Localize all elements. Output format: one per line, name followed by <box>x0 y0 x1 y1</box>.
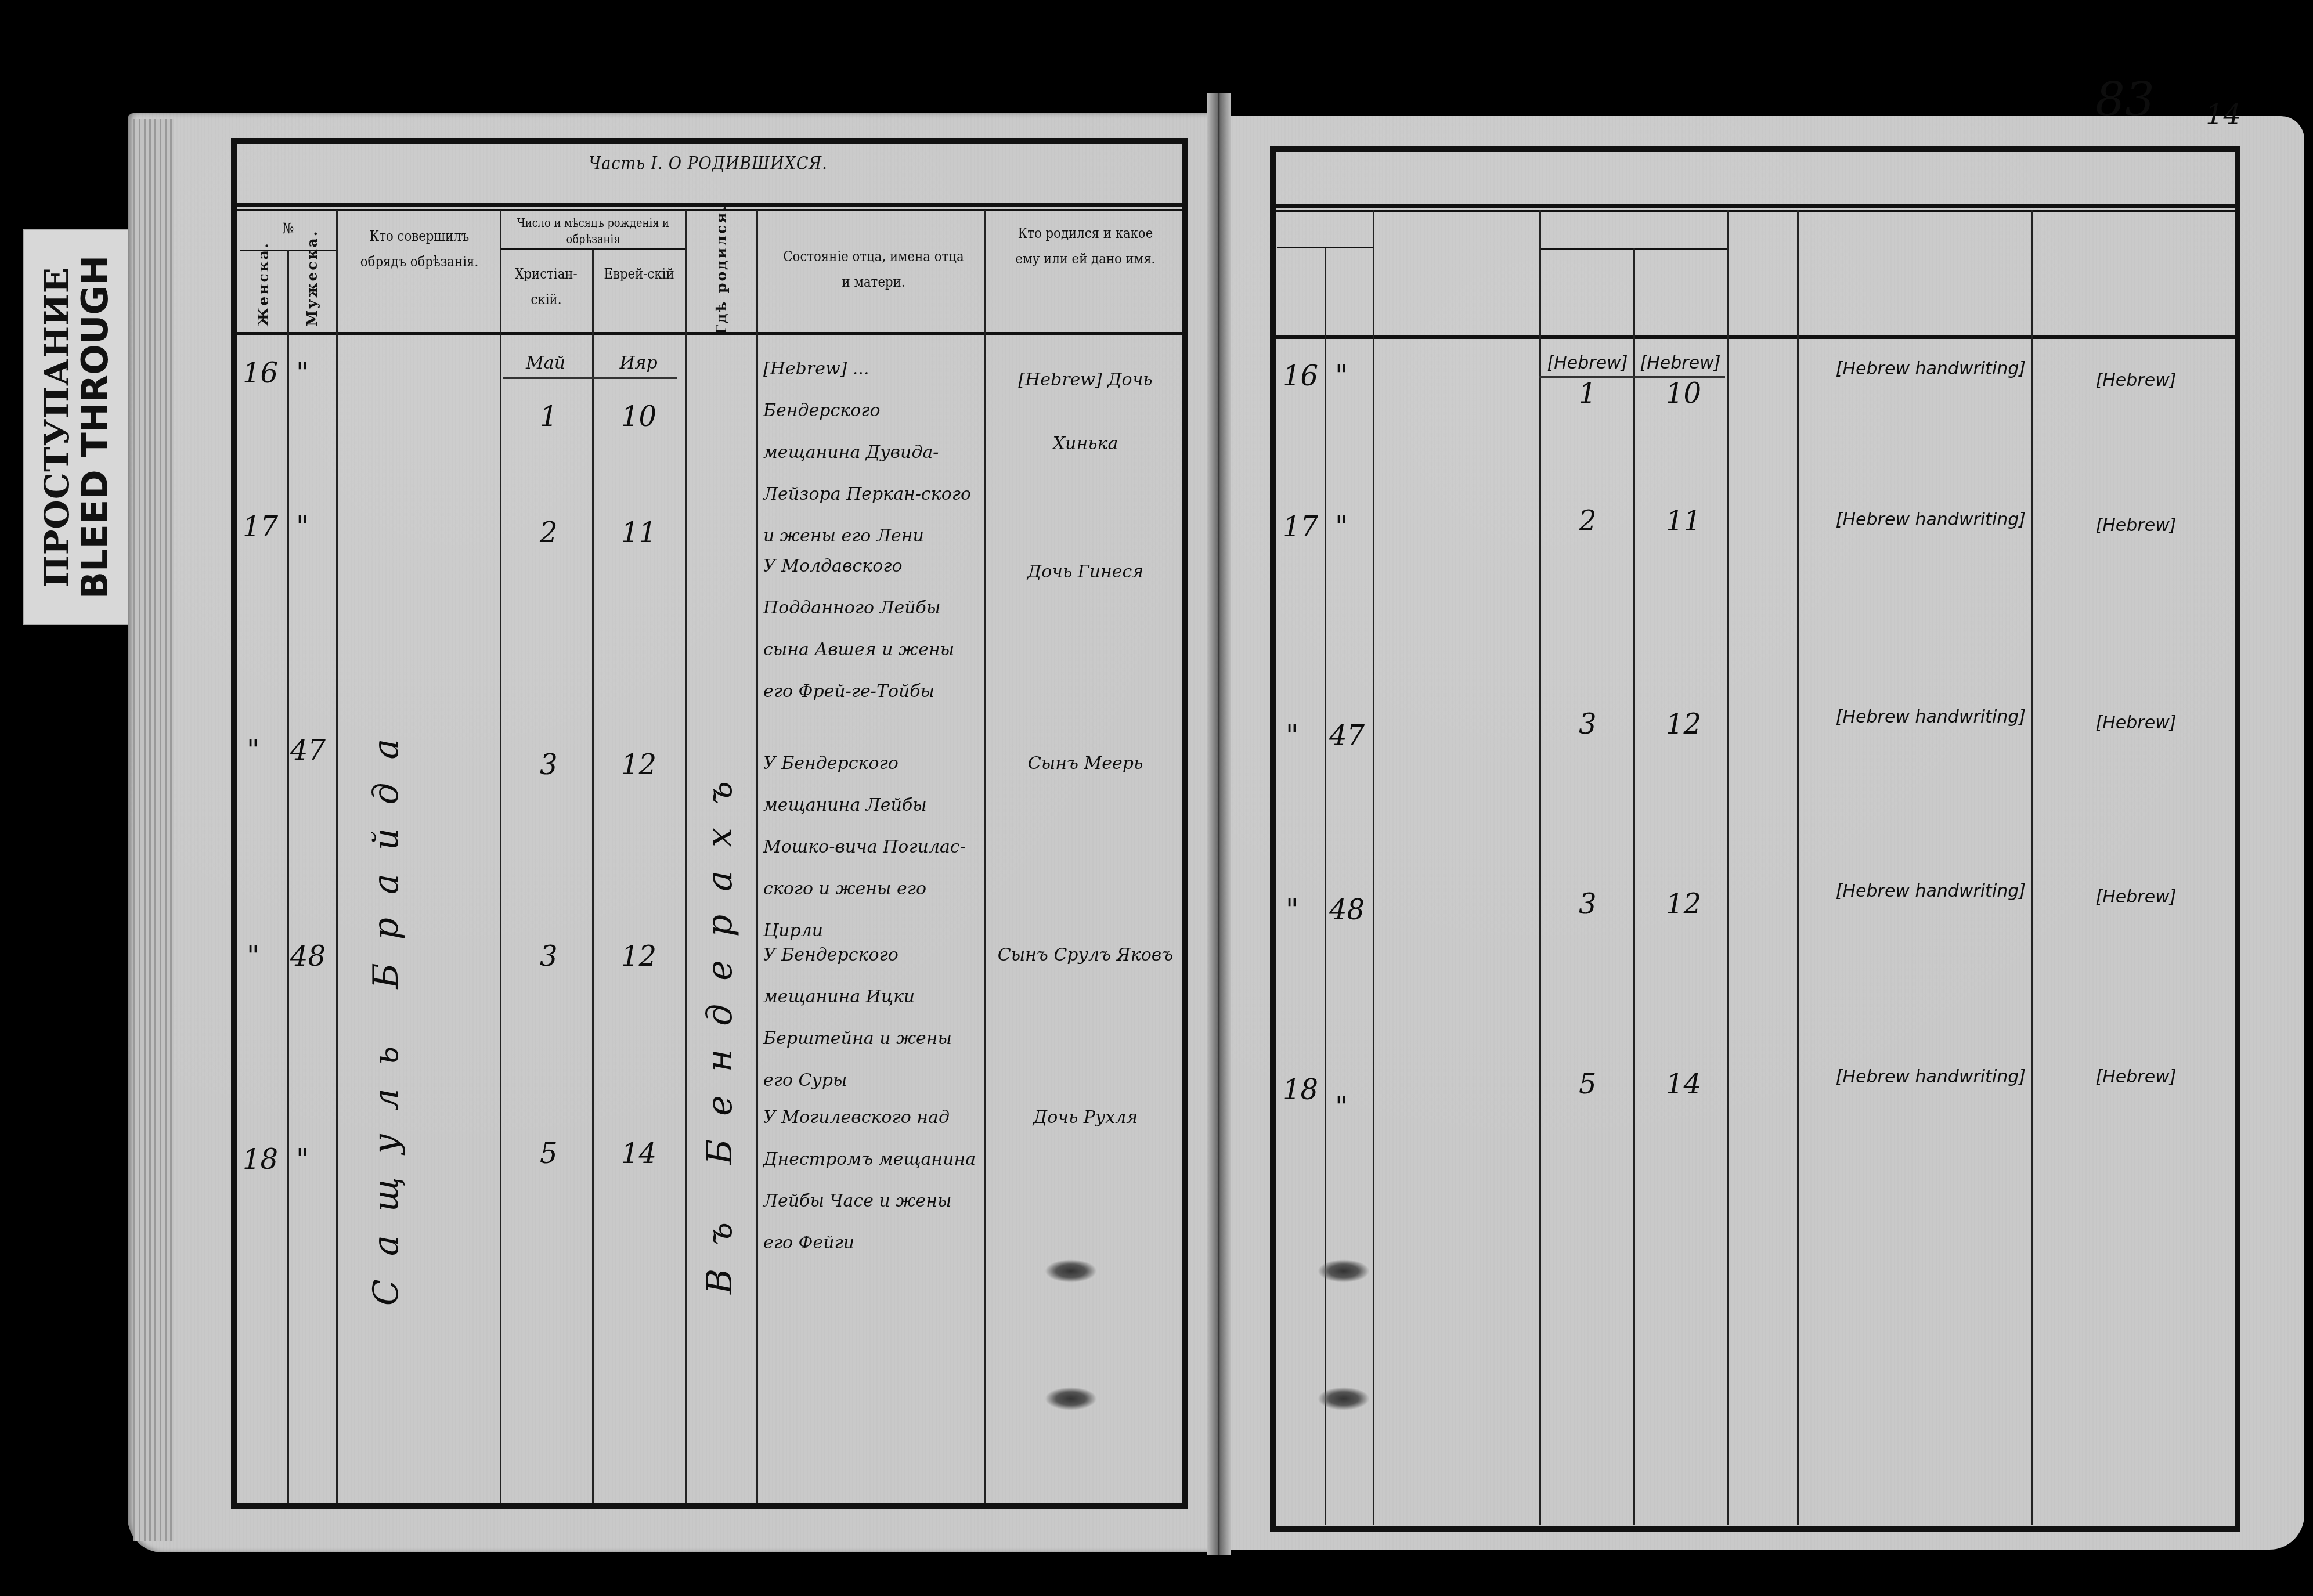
col-line <box>1539 210 1541 1525</box>
christian-day: 2 <box>540 517 558 549</box>
month-underline <box>503 377 677 379</box>
ink-smudge <box>1318 1259 1370 1283</box>
col-line <box>1797 210 1799 1525</box>
col-line <box>2031 210 2033 1525</box>
col-line <box>1633 248 1635 1525</box>
female-number: 16 <box>243 357 278 389</box>
title-rule <box>1276 204 2235 208</box>
header-child-name: Кто родился и какое ему или ей дано имя. <box>1004 221 1167 272</box>
child-entry: [Hebrew] <box>2043 360 2229 402</box>
right-register-table <box>1270 146 2240 1532</box>
female-number: 17 <box>243 511 278 543</box>
jewish-day: 11 <box>1666 505 1701 537</box>
col-line <box>685 210 687 1503</box>
child-entry: Сынъ Срулъ Яковъ <box>995 934 1175 976</box>
book-spine <box>1207 93 1231 1555</box>
parents-entry: [Hebrew handwriting] <box>1805 348 2026 390</box>
col-line <box>1727 210 1729 1525</box>
header-who-performed: Кто совершилъ обрядъ обрѣзанія. <box>354 223 485 275</box>
parents-entry: У Молдавского Подданного Лейбы сына Авше… <box>763 546 981 713</box>
col-line <box>756 210 758 1503</box>
female-number: 18 <box>243 1143 278 1176</box>
parents-entry: [Hebrew handwriting] <box>1805 1056 2026 1098</box>
jewish-day: 12 <box>1666 888 1701 920</box>
child-entry: Дочь Гинеся <box>995 551 1175 593</box>
child-entry: [Hebrew] <box>2043 1056 2229 1098</box>
parents-entry: [Hebrew handwriting] <box>1805 696 2026 738</box>
child-entry: Дочь Рухля <box>995 1097 1175 1139</box>
header-female: Женска. <box>255 245 272 327</box>
christian-day: 5 <box>1579 1068 1597 1100</box>
female-number: " <box>1286 720 1298 752</box>
female-number: 18 <box>1283 1074 1318 1106</box>
jewish-day: 10 <box>1666 377 1701 410</box>
header-parents: Состояніе отца, имена отца и матери. <box>782 244 965 295</box>
col-line <box>1373 210 1374 1525</box>
jewish-day: 10 <box>621 400 656 433</box>
child-entry: [Hebrew] <box>2043 876 2229 918</box>
christian-day: 2 <box>1579 505 1597 537</box>
header-bottom-rule <box>1276 335 2235 339</box>
header-where-born: Гдѣ родился. <box>713 200 730 340</box>
jewish-day: 11 <box>621 517 656 549</box>
male-number: " <box>1335 511 1348 543</box>
parents-entry: У Бендерского мещанина Лейбы Мошко-вича … <box>763 743 981 952</box>
child-entry: [Hebrew] <box>2043 505 2229 547</box>
female-number: " <box>247 734 259 767</box>
christian-day: 1 <box>540 400 558 433</box>
col-line <box>500 210 501 1503</box>
male-number: 47 <box>1329 720 1365 752</box>
header-jewish: Еврей-скій <box>601 261 676 287</box>
female-number: " <box>247 940 259 973</box>
parents-entry: [Hebrew handwriting] <box>1805 871 2026 912</box>
page-edges <box>133 119 174 1541</box>
male-number: 47 <box>290 734 326 767</box>
col-line <box>984 210 986 1503</box>
col-line <box>287 250 289 1503</box>
christian-day: 3 <box>1579 708 1597 741</box>
birthplace: Въ Бендерахъ <box>699 758 740 1294</box>
male-number: 48 <box>290 940 326 973</box>
male-number: " <box>296 511 309 543</box>
title-rule-thin <box>237 209 1182 211</box>
christian-day: 3 <box>540 940 558 973</box>
ink-smudge <box>1045 1387 1097 1410</box>
christian-day: 3 <box>540 749 558 781</box>
parents-entry: [Hebrew] ... Бендерского мещанина Дувида… <box>763 348 981 557</box>
ink-smudge <box>1045 1259 1097 1283</box>
header-date-group: Число и мѣсяцъ рожденія и обрѣзанія <box>516 215 670 247</box>
title-rule-thin <box>1276 210 2235 212</box>
stamp-line-english: BLEED THROUGH <box>76 255 114 599</box>
jewish-day: 14 <box>621 1138 656 1170</box>
male-number: " <box>296 357 309 389</box>
col-line <box>336 210 338 1503</box>
male-number: " <box>296 1143 309 1176</box>
christian-day: 5 <box>540 1138 558 1170</box>
male-number: 48 <box>1329 894 1365 926</box>
title-rule <box>237 203 1182 207</box>
jewish-day: 14 <box>1666 1068 1701 1100</box>
jewish-day: 12 <box>621 940 656 973</box>
ink-smudge <box>1318 1387 1370 1410</box>
christian-day: 3 <box>1579 888 1597 920</box>
parents-entry: У Могилевского над Днестромъ мещанина Ле… <box>763 1097 981 1264</box>
parents-entry: [Hebrew handwriting] <box>1805 499 2026 541</box>
female-number: " <box>1286 894 1298 926</box>
header-christian: Христіан-скій. <box>509 261 583 312</box>
female-number: 17 <box>1283 511 1318 543</box>
female-number: 16 <box>1283 360 1318 392</box>
jewish-day: 12 <box>621 749 656 781</box>
christian-day: 1 <box>1579 377 1597 410</box>
male-number: " <box>1335 360 1348 392</box>
parents-entry: У Бендерского мещанина Ицки Берштейна и … <box>763 934 981 1102</box>
header-bottom-rule <box>237 332 1182 335</box>
circumciser-name: Сащуль Брайда <box>366 716 406 1306</box>
male-number: " <box>1335 1091 1348 1124</box>
stamp-line-russian: ПРОСТУПАНИЕ <box>38 255 76 599</box>
sheet-number: 14 <box>2206 99 2241 131</box>
col-line <box>592 250 594 1503</box>
jewish-day: 12 <box>1666 708 1701 741</box>
section-title: Часть I. О РОДИВШИХСЯ. <box>304 152 1113 174</box>
header-male: Мужеска. <box>304 245 320 327</box>
bleed-through-stamp: ПРОСТУПАНИЕ BLEED THROUGH <box>23 229 129 625</box>
folio-number: 83 <box>2095 73 2155 127</box>
child-entry: [Hebrew] Дочь Хинька <box>995 348 1175 476</box>
child-entry: [Hebrew] <box>2043 702 2229 744</box>
child-entry: Сынъ Меерь <box>995 743 1175 785</box>
col-line <box>1325 248 1326 1525</box>
